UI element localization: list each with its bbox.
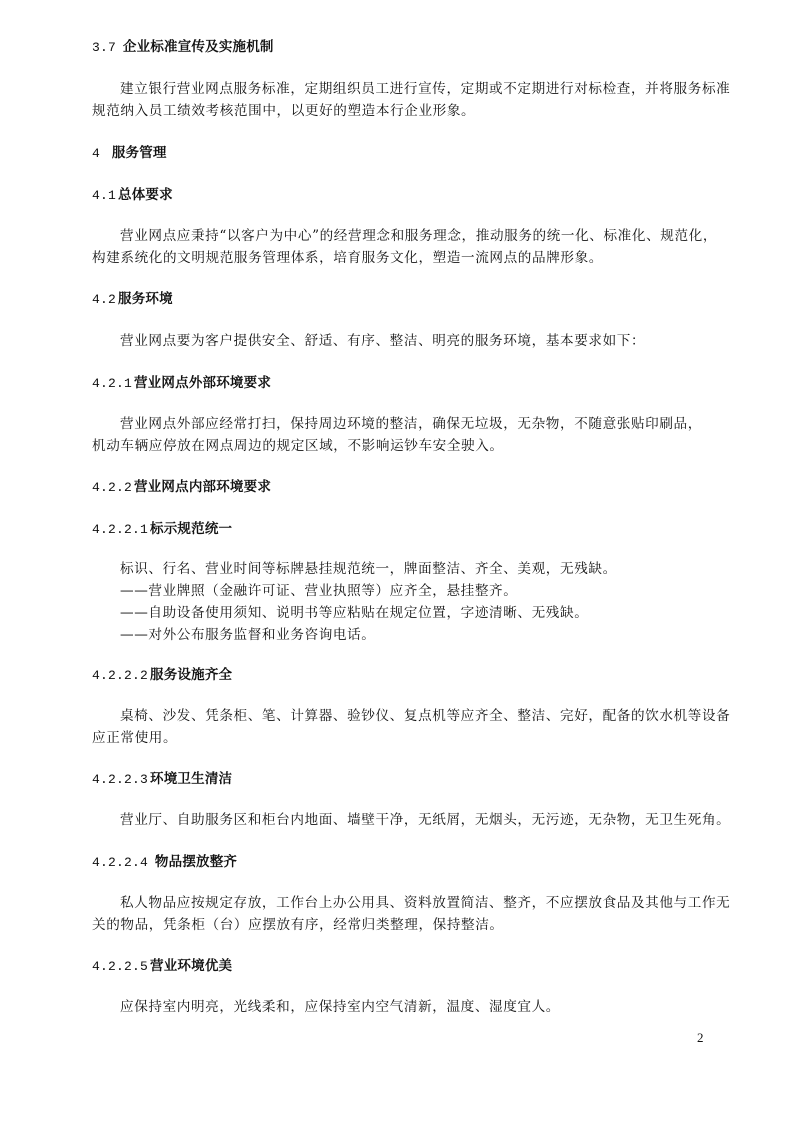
heading-4-2-2-4: 4.2.2.4 物品摆放整齐 (92, 851, 720, 874)
heading-4-2-2-2: 4.2.2.2服务设施齐全 (92, 664, 720, 687)
paragraph-3-7: 建立银行营业网点服务标准，定期组织员工进行宣传，定期或不定期进行对标检查，并将服… (92, 78, 720, 122)
heading-4-2: 4.2服务环境 (92, 288, 720, 311)
heading-4-2-2: 4.2.2营业网点内部环境要求 (92, 476, 720, 499)
paragraph-4-2-2-4: 私人物品应按规定存放，工作台上办公用具、资料放置简洁、整齐，不应摆放食品及其他与… (92, 892, 720, 936)
heading-3-7: 3.7 企业标准宣传及实施机制 (92, 36, 720, 59)
paragraph-4-2-1: 营业网点外部应经常打扫，保持周边环境的整洁，确保无垃圾，无杂物，不随意张贴印刷品… (92, 413, 720, 457)
heading-4: 4 服务管理 (92, 142, 720, 165)
document-page: 3.7 企业标准宣传及实施机制 建立银行营业网点服务标准，定期组织员工进行宣传，… (0, 0, 794, 1123)
list-item: ——营业牌照（金融许可证、营业执照等）应齐全，悬挂整齐。 (92, 580, 720, 602)
heading-4-1: 4.1总体要求 (92, 184, 720, 207)
paragraph-4-1: 营业网点应秉持“以客户为中心”的经营理念和服务理念，推动服务的统一化、标准化、规… (92, 225, 720, 269)
list-item: ——对外公布服务监督和业务咨询电话。 (92, 624, 720, 646)
heading-4-2-2-1: 4.2.2.1标示规范统一 (92, 518, 720, 541)
page-number: 2 (697, 1030, 704, 1046)
heading-4-2-1: 4.2.1营业网点外部环境要求 (92, 372, 720, 395)
list-item: ——自助设备使用须知、说明书等应粘贴在规定位置，字迹清晰、无残缺。 (92, 602, 720, 624)
paragraph-4-2-2-3: 营业厅、自助服务区和柜台内地面、墙壁干净，无纸屑，无烟头，无污迹，无杂物，无卫生… (92, 809, 720, 831)
paragraph-4-2-2-2: 桌椅、沙发、凭条柜、笔、计算器、验钞仪、复点机等应齐全、整洁、完好，配备的饮水机… (92, 705, 720, 749)
paragraph-4-2-2-1: 标识、行名、营业时间等标牌悬挂规范统一，牌面整洁、齐全、美观，无残缺。 ——营业… (92, 558, 720, 646)
heading-4-2-2-5: 4.2.2.5营业环境优美 (92, 955, 720, 978)
heading-4-2-2-3: 4.2.2.3环境卫生清洁 (92, 768, 720, 791)
paragraph-4-2: 营业网点要为客户提供安全、舒适、有序、整洁、明亮的服务环境，基本要求如下： (92, 330, 720, 352)
paragraph-4-2-2-5: 应保持室内明亮，光线柔和，应保持室内空气清新，温度、湿度宜人。 (92, 996, 720, 1018)
